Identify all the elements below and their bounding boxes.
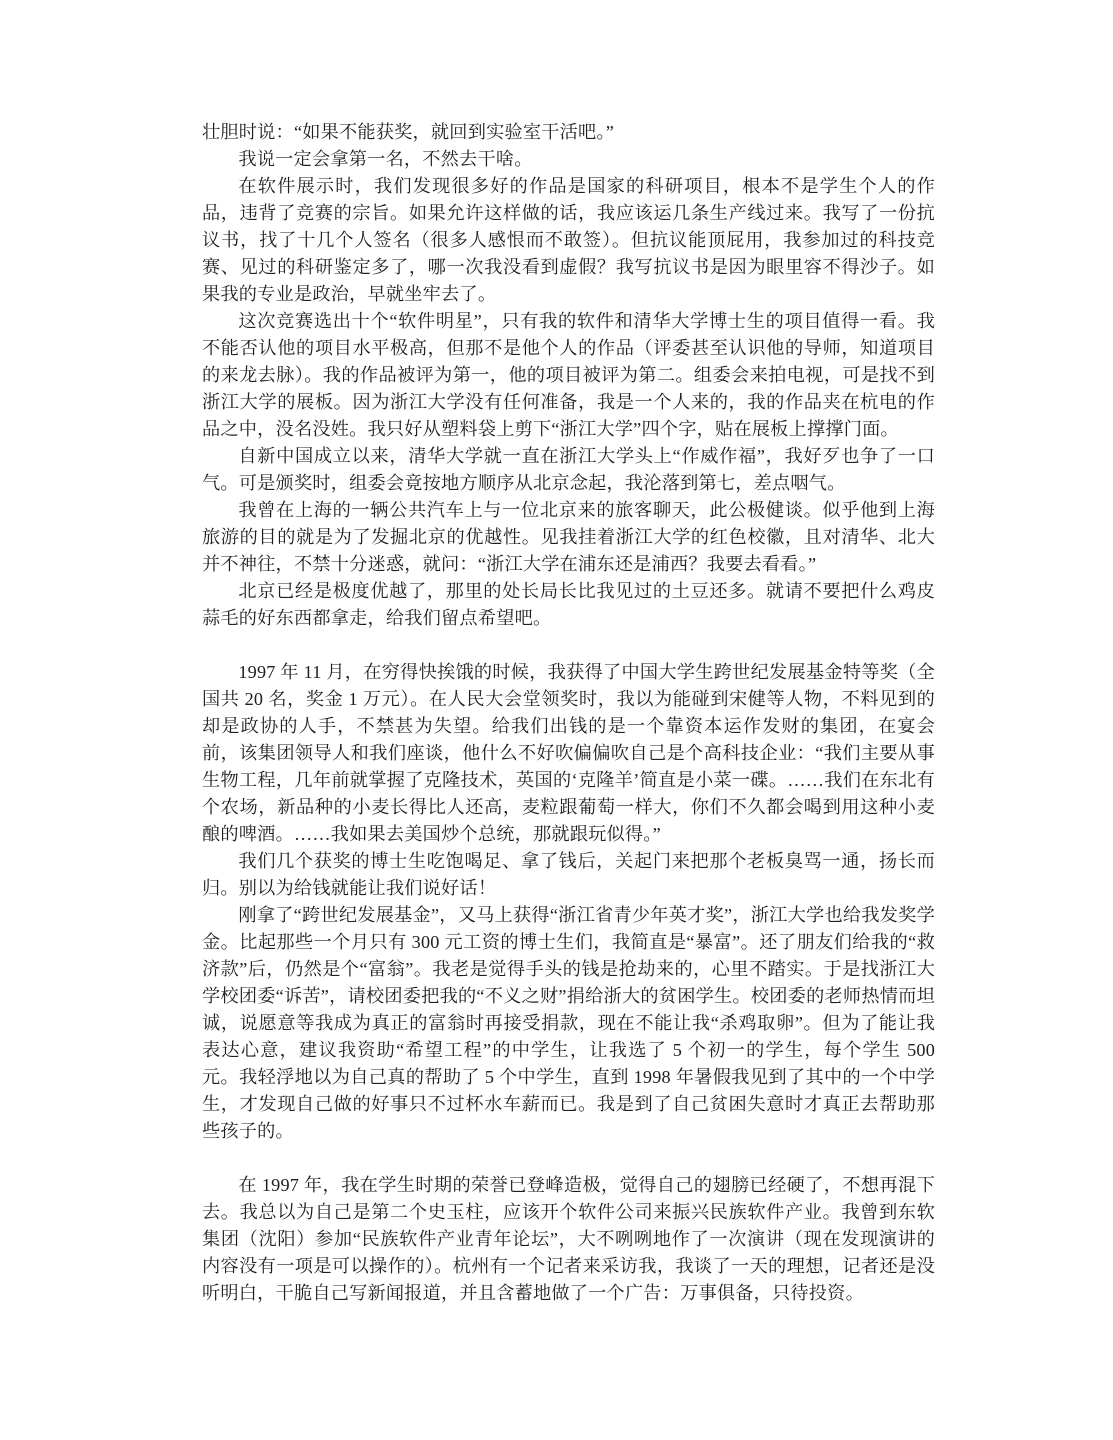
text-section: 1997 年 11 月，在穷得快挨饿的时候，我获得了中国大学生跨世纪发展基金特等… xyxy=(202,659,935,1145)
paragraph: 在软件展示时，我们发现很多好的作品是国家的科研项目，根本不是学生个人的作品，违背… xyxy=(202,173,935,308)
paragraph: 我曾在上海的一辆公共汽车上与一位北京来的旅客聊天，此公极健谈。似乎他到上海旅游的… xyxy=(202,497,935,578)
paragraph: 在 1997 年，我在学生时期的荣誉已登峰造极，觉得自己的翅膀已经硬了，不想再混… xyxy=(202,1172,935,1307)
document-body: 壮胆时说：“如果不能获奖，就回到实验室干活吧。”我说一定会拿第一名，不然去干啥。… xyxy=(202,119,935,1307)
document-page: 壮胆时说：“如果不能获奖，就回到实验室干活吧。”我说一定会拿第一名，不然去干啥。… xyxy=(0,0,1113,1440)
paragraph: 我说一定会拿第一名，不然去干啥。 xyxy=(202,146,935,173)
text-section: 壮胆时说：“如果不能获奖，就回到实验室干活吧。”我说一定会拿第一名，不然去干啥。… xyxy=(202,119,935,632)
paragraph: 这次竞赛选出十个“软件明星”，只有我的软件和清华大学博士生的项目值得一看。我不能… xyxy=(202,308,935,443)
paragraph: 1997 年 11 月，在穷得快挨饿的时候，我获得了中国大学生跨世纪发展基金特等… xyxy=(202,659,935,848)
paragraph: 壮胆时说：“如果不能获奖，就回到实验室干活吧。” xyxy=(202,119,935,146)
paragraph: 刚拿了“跨世纪发展基金”，又马上获得“浙江省青少年英才奖”，浙江大学也给我发奖学… xyxy=(202,902,935,1145)
paragraph: 北京已经是极度优越了，那里的处长局长比我见过的土豆还多。就请不要把什么鸡皮蒜毛的… xyxy=(202,578,935,632)
paragraph: 我们几个获奖的博士生吃饱喝足、拿了钱后，关起门来把那个老板臭骂一通，扬长而归。别… xyxy=(202,848,935,902)
paragraph: 自新中国成立以来，清华大学就一直在浙江大学头上“作威作福”，我好歹也争了一口气。… xyxy=(202,443,935,497)
text-section: 在 1997 年，我在学生时期的荣誉已登峰造极，觉得自己的翅膀已经硬了，不想再混… xyxy=(202,1172,935,1307)
